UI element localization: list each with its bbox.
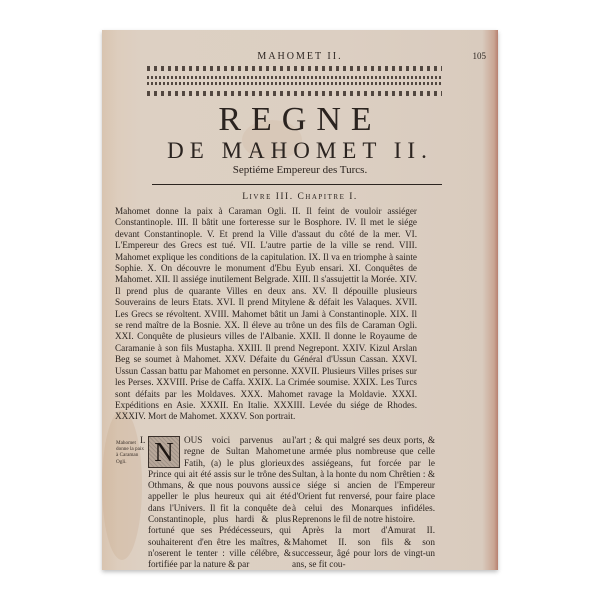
running-head: MAHOMET II.	[102, 51, 498, 62]
chapter-summary: Mahomet donne la paix à Caraman Ogli. II…	[115, 206, 417, 423]
page-subtitle: DE MAHOMET II.	[102, 139, 498, 163]
body-column-left: I. N OUS voici parvenus au regne de Sult…	[148, 435, 291, 571]
page-stain	[102, 410, 142, 560]
ornamental-border	[147, 66, 442, 97]
summary-text: Mahomet donne la paix à Caraman Ogli. II…	[115, 206, 417, 421]
page-number: 105	[473, 51, 487, 61]
drop-cap-initial: N	[148, 436, 180, 468]
body-text-right-p2: Après la mort d'Amurat II. Mahomet II. s…	[292, 525, 435, 570]
page-subtitle-caption: Septiéme Empereur des Turcs.	[102, 164, 498, 176]
body-column-right: l'art ; & qui malgré ses deux ports, & u…	[292, 435, 435, 571]
body-text-right-p1: l'art ; & qui malgré ses deux ports, & u…	[292, 435, 435, 525]
paragraph-number: I.	[140, 435, 145, 446]
page-title: REGNE	[102, 103, 498, 137]
book-page: MAHOMET II. 105 REGNE DE MAHOMET II. Sep…	[102, 30, 498, 570]
horizontal-rule	[152, 184, 442, 185]
book-chapter-heading: Livre III. Chapitre I.	[102, 192, 498, 202]
